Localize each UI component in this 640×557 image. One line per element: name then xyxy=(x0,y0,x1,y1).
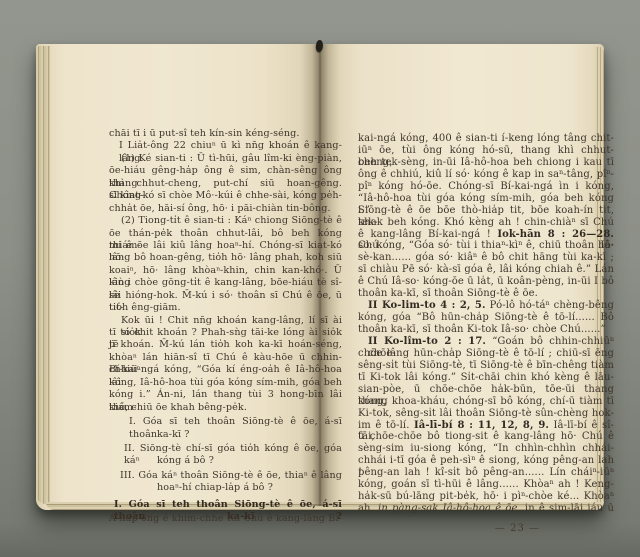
text-line: ha̍k-sū bú-lāng pit-be̍k, hō· i pìn-chòe… xyxy=(358,491,614,503)
text-line: khì chhut-cheng, put-chí siū hoan-gêng. … xyxy=(109,178,342,190)
text-line: sī chiàu Pē só· kà-sī góa ê, lâi kóng ch… xyxy=(358,264,614,276)
text-line: tī tó chit khoán ? Phah-sǹg tāi-ke lóng … xyxy=(109,327,342,339)
text-line: koain, hō· lâng khòan-khin, chin kan-khó… xyxy=(109,265,342,277)
text-line: sèng-sim iu-siong kóng, “In chhìn-chhìn … xyxy=(358,443,614,455)
text-line: ōe-hiáu gêng-ha̍p ông ê sim, chàn-sêng ô… xyxy=(109,165,342,177)
text-line: I. Góa sī teh thoân Siōng-tè ê ōe, á-sī … xyxy=(109,416,342,428)
text-line: (1) Ké sian-ti : Ū tì-hūi, gâu lîm-ki èn… xyxy=(109,153,342,165)
text-line: pîn kóng hó-ōe. Chóng-sī Bí-kai-ngá ìn i… xyxy=(358,181,614,193)
text-line: I Lia̍t-ông 22 chiun ū kì nn̄g khoán ê k… xyxy=(109,140,342,152)
text-line: khòan lán hiān-sî tī Chú ê kàu-hōe ū chh… xyxy=(109,352,342,364)
page-edges-left xyxy=(36,46,50,504)
text-line: ông ê chhiú, kiû lí só· kóng ê kap in sa… xyxy=(358,169,614,181)
text-line: “Iâ-hô-hoa tùi góa kóng sím-mih, góa beh… xyxy=(358,193,614,205)
text-line: thó, chiū ōe khah bêng-pe̍k. xyxy=(109,402,342,414)
text-line: sian-pòe, ū chōe-chōe ha̍k-būn, tōe-ūi t… xyxy=(358,384,614,396)
text-line: ê kang-lâng Bí-kai-ngá ! Iok-hān 8 : 26—… xyxy=(358,229,614,241)
text-line: chha̍t ōe, hāi-sí ông, hō· i pāi-chiàn t… xyxy=(109,203,342,215)
text-line: hoan-hí chiap-la̍p á bô ? xyxy=(109,482,342,494)
text-line: Siōng-tè ê ōe bōe thò-hia̍p tit, bōe koa… xyxy=(358,205,614,217)
page-number-right: — 23 — xyxy=(495,523,540,534)
text-line: tio̍h êng-giām. xyxy=(109,302,342,314)
text-line: beh tek-sèng, in-ūi Iâ-hô-hoa beh chiong… xyxy=(358,157,614,169)
text-line: kóng i.” Án-ni, lán thang tùi 3 hong-bīn… xyxy=(109,389,342,401)
text-line: so· kóng, “Góa só· tùi i thian-kìn ê, ch… xyxy=(358,240,614,252)
text-line: II Ko-lîm-to 2 : 17. “Goán bô chhin-chhi… xyxy=(358,336,614,348)
text-line: kóng, goán sī tì-hūi ê lâng...... Khòan … xyxy=(358,479,614,491)
text-line: im ê tō-lí. Iâ-lī-bí 8 : 11, 12, 8, 9. I… xyxy=(358,420,614,432)
table-shadow xyxy=(0,523,640,557)
text-line: tī Ki-tok lâi kóng.” Si̍t-chāi chin khó … xyxy=(358,372,614,384)
text-line: kóng á bô ? xyxy=(109,455,342,467)
text-line: thang khoa-kháu, chóng-sī bô kóng, chí-ū… xyxy=(358,396,614,408)
text-line: kai-ngá kóng, 400 ê sian-ti í-keng lóng … xyxy=(358,133,614,145)
text-line: chhái i-tī góa ê peh-sìn ê siong, kóng p… xyxy=(358,455,614,467)
text-line: mi ê ōe lâi kiû lâng hoan-hí. Chóng-sī k… xyxy=(109,240,342,252)
text-line: ōe thán-pe̍k thoân chhut-lâi, bô beh kón… xyxy=(109,228,342,240)
text-line: Ki-tok, sêng-si̍t lâi thoân Siōng-tè sûn… xyxy=(358,408,614,420)
right-page-text: kai-ngá kóng, 400 ê sian-ti í-keng lóng … xyxy=(358,133,614,515)
text-line: sêng-si̍t tùi Siōng-tè, tī Siōng-tè ê bī… xyxy=(358,360,614,372)
text-line: ah, in pàng-sak Iâ-hô-hoa ê ōe, in ê sim… xyxy=(358,503,614,515)
open-book: chāi tī i ū put-sî teh kín-sin kéng-séng… xyxy=(36,44,604,510)
text-line: jī khoán. M̄-kú lán tio̍h koh ka-kī hoán… xyxy=(109,339,342,351)
text-line: ê Chú Iâ-so· kóng-ōe ū la̍t, ū koân-pèng… xyxy=(358,276,614,288)
text-line: sī kiat-kó sī chòe Mô·-kúi ê chhe-sài, k… xyxy=(109,190,342,202)
text-line: Bí-kai-ngá kóng, “Góa kí éng-oa̍h ê Iâ-h… xyxy=(109,364,342,376)
left-page-text: chāi tī i ū put-sî teh kín-sin kéng-séng… xyxy=(109,128,342,526)
text-line: pêng-an lah ! kî-si̍t bô pêng-an...... L… xyxy=(358,467,614,479)
text-line: II. Siōng-tè chí-sī góa tio̍h kóng ê ōe,… xyxy=(109,443,342,455)
text-line: sè-kan...... góa só· kiân ê bô chit hāng… xyxy=(358,252,614,264)
text-line: chōe lâng hūn-cha̍p Siōng-tè ê tō-lí ; c… xyxy=(358,348,614,360)
page-number-left: — 22 — xyxy=(109,510,154,521)
text-line: thoân ka-kī, sī thoân Siōng-tè ê ōe. xyxy=(358,288,614,300)
text-line: thoân ka-kī, sī thoân Ki-tok Iâ-so· chòe… xyxy=(358,324,614,336)
text-line: Kok ūi ! Chit nn̄g khoán kang-lâng, lí s… xyxy=(109,315,342,327)
text-line: khak beh kóng. Khó kèng ah ! chin-chiàn … xyxy=(358,217,614,229)
text-line: ū chōe-chōe bô tiong-sit ê kang-lâng hō·… xyxy=(358,431,614,443)
book-photo: chāi tī i ū put-sî teh kín-sin kéng-séng… xyxy=(0,0,640,557)
text-line: lâng bô hoan-gêng, tio̍h hō· lâng phah, … xyxy=(109,252,342,264)
text-line: kóng, Iâ-hô-hoa tùi góa kóng sím-mih, gó… xyxy=(109,377,342,389)
text-line: chāi tī i ū put-sî teh kín-sin kéng-séng… xyxy=(109,128,342,140)
text-line: iūn ōe, tùi ông kóng hó-sū, thang khì ch… xyxy=(358,145,614,157)
text-line: III. Góa kán thoân Siōng-tè ê ōe, thian … xyxy=(109,470,342,482)
text-line: II Ko-lim-to 4 : 2, 5. Pó-lô hó-tán chèn… xyxy=(358,300,614,312)
text-line: lâi hióng-hok. M̄-kú i só· thoân sī Chú … xyxy=(109,290,342,302)
text-line: kiò i chòe gōng-ti̍t ê kang-lâng, bōe-hi… xyxy=(109,277,342,289)
text-line: kóng, góa “Bô hūn-cha̍p Siōng-tè ê tō-lí… xyxy=(358,312,614,324)
text-line: (2) Tiong-ti̍t ê sian-ti : Kán chiong Si… xyxy=(109,215,342,227)
